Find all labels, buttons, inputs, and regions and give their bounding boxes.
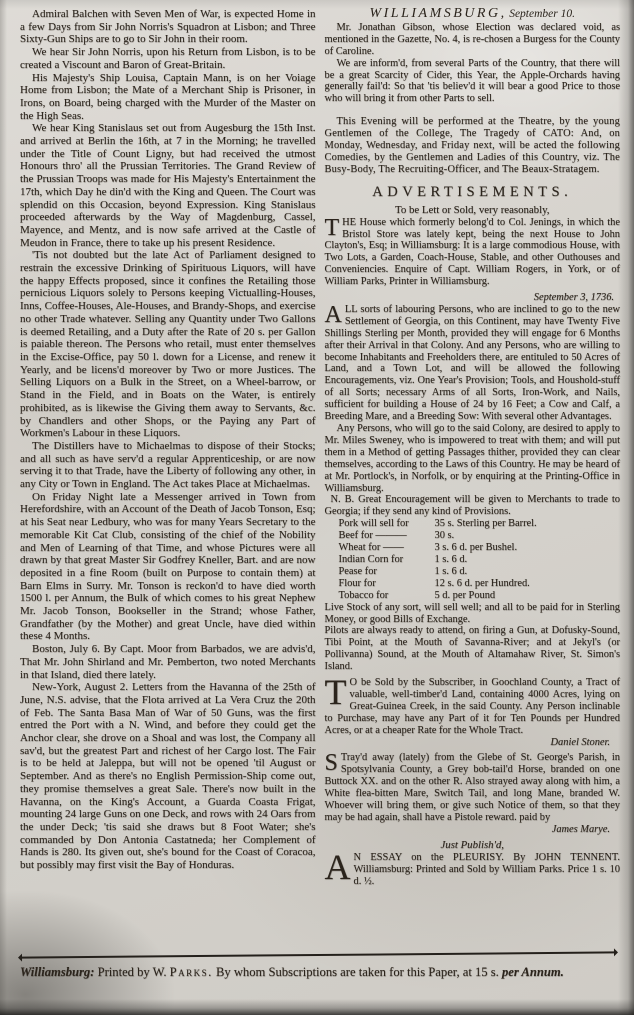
price-value: 12 s. 6 d. per Hundred.	[435, 578, 621, 590]
ad-georgia-nb: N. B. Great Encouragement will be given …	[325, 494, 621, 518]
advertisements-heading: ADVERTISEMENTS.	[325, 187, 621, 199]
ad-georgia-livestock: Live Stock of any sort, will sell well; …	[325, 602, 621, 626]
ad-georgia-text: LL sorts of labouring Persons, who are i…	[325, 304, 621, 422]
drop-cap: T	[325, 677, 350, 707]
ad-strayed-body: STray'd away (lately) from the Glebe of …	[325, 752, 621, 823]
price-row-indian-corn: Indian Corn for 1 s. 6 d.	[339, 554, 621, 566]
ad-land-body: TO be Sold by the Subscriber, in Goochla…	[325, 677, 621, 737]
price-value: 30 s.	[435, 530, 621, 542]
price-label: Pork will sell for	[339, 518, 435, 530]
price-value: 1 s. 6 d.	[435, 554, 621, 566]
footer: Williamsburg: Printed by W. Parks. By wh…	[14, 954, 622, 980]
price-label: Pease for	[339, 566, 435, 578]
news-paragraph-gibson: Mr. Jonathan Gibson, whose Election was …	[325, 22, 621, 58]
spacer	[325, 176, 621, 183]
footer-imprint: Williamsburg: Printed by W. Parks. By wh…	[14, 965, 622, 980]
ad-land: TO be Sold by the Subscriber, in Goochla…	[325, 677, 621, 748]
ad-essay: Just Publish'd, AN ESSAY on the PLEURISY…	[325, 840, 621, 888]
news-paragraph: The Distillers have to Michaelmas to dis…	[20, 440, 316, 491]
ad-house: To be Lett or Sold, very reasonably, THE…	[325, 205, 621, 288]
right-column: WILLIAMSBURG, September 10. Mr. Jonathan…	[325, 8, 621, 891]
price-row-pork: Pork will sell for 35 s. Sterling per Ba…	[339, 518, 621, 530]
footer-printer: Parks.	[170, 965, 213, 979]
left-column: Admiral Balchen with Seven Men of War, i…	[20, 8, 316, 891]
ad-land-text: O be Sold by the Subscriber, in Goochlan…	[325, 677, 621, 736]
footer-mid2: By whom Subscriptions are taken for this…	[216, 965, 499, 979]
news-paragraph: We hear Sir John Norris, upon his Return…	[20, 46, 316, 71]
ad-house-body: THE House which formerly belong'd to Col…	[325, 217, 621, 288]
news-paragraph: Admiral Balchen with Seven Men of War, i…	[20, 8, 316, 46]
price-row-tobacco: Tobacco for 5 d. per Pound	[339, 590, 621, 602]
ad-georgia-pilots: Pilots are always ready to attend, on fi…	[325, 625, 621, 673]
footer-rule	[20, 951, 616, 958]
ad-strayed-text: Tray'd away (lately) from the Glebe of S…	[325, 752, 621, 823]
price-list: Pork will sell for 35 s. Sterling per Ba…	[325, 518, 621, 601]
price-value: 3 s. 6 d. per Bushel.	[435, 542, 621, 554]
ad-essay-body: AN ESSAY on the PLEURISY. By JOHN TENNEN…	[325, 852, 621, 888]
price-value: 1 s. 6 d.	[435, 566, 621, 578]
dateline-date: September 10.	[509, 8, 575, 20]
ad-georgia-body: ALL sorts of labouring Persons, who are …	[325, 304, 621, 423]
news-paragraph-boston: Boston, July 6. By Capt. Moor from Barba…	[20, 643, 316, 681]
news-paragraph-cider: We are inform'd, from several Parts of t…	[325, 58, 621, 106]
newspaper-page: Admiral Balchen with Seven Men of War, i…	[0, 0, 634, 1015]
dateline: WILLIAMSBURG, September 10.	[325, 8, 621, 21]
drop-cap: T	[325, 217, 343, 238]
drop-cap: S	[325, 752, 341, 773]
ad-land-signature: Daniel Stoner.	[325, 737, 621, 749]
footer-place: Williamsburg:	[20, 965, 94, 979]
price-value: 5 d. per Pound	[435, 590, 621, 602]
price-label: Flour for	[339, 578, 435, 590]
news-paragraph: We hear King Stanislaus set out from Aug…	[20, 122, 316, 249]
news-paragraph-theatre: This Evening will be performed at the Th…	[325, 116, 621, 176]
price-row-pease: Pease for 1 s. 6 d.	[339, 566, 621, 578]
ad-strayed: STray'd away (lately) from the Glebe of …	[325, 752, 621, 835]
ad-georgia-date: September 3, 1736.	[325, 292, 621, 304]
ad-georgia-para2: Any Persons, who will go to the said Col…	[325, 423, 621, 494]
news-paragraph: His Majesty's Ship Louisa, Captain Mann,…	[20, 72, 316, 123]
ad-house-text: HE House which formerly belong'd to Col.…	[325, 217, 621, 288]
news-paragraph-newyork: New-York, August 2. Letters from the Hav…	[20, 681, 316, 872]
page-columns: Admiral Balchen with Seven Men of War, i…	[20, 8, 620, 891]
ad-essay-text: N ESSAY on the PLEURISY. By JOHN TENNENT…	[354, 852, 621, 887]
price-label: Beef for ———	[339, 530, 435, 542]
footer-tail: per Annum.	[502, 965, 564, 979]
ad-house-heading: To be Lett or Sold, very reasonably,	[325, 205, 621, 217]
ad-strayed-signature: James Marye.	[325, 824, 621, 836]
price-label: Wheat for ——	[339, 542, 435, 554]
price-row-beef: Beef for ——— 30 s.	[339, 530, 621, 542]
price-label: Tobacco for	[339, 590, 435, 602]
ad-georgia: September 3, 1736. ALL sorts of labourin…	[325, 292, 621, 673]
spacer	[325, 105, 621, 116]
price-value: 35 s. Sterling per Barrel.	[435, 518, 621, 530]
news-paragraph: 'Tis not doubted but the late Act of Par…	[20, 249, 316, 440]
news-paragraph: On Friday Night late a Messenger arrived…	[20, 491, 316, 643]
footer-mid1: Printed by W.	[98, 965, 167, 979]
dateline-city: WILLIAMSBURG,	[369, 6, 506, 21]
drop-cap: A	[325, 852, 354, 882]
drop-cap: A	[325, 304, 345, 325]
ad-essay-heading: Just Publish'd,	[325, 840, 621, 852]
price-row-flour: Flour for 12 s. 6 d. per Hundred.	[339, 578, 621, 590]
price-label: Indian Corn for	[339, 554, 435, 566]
price-row-wheat: Wheat for —— 3 s. 6 d. per Bushel.	[339, 542, 621, 554]
